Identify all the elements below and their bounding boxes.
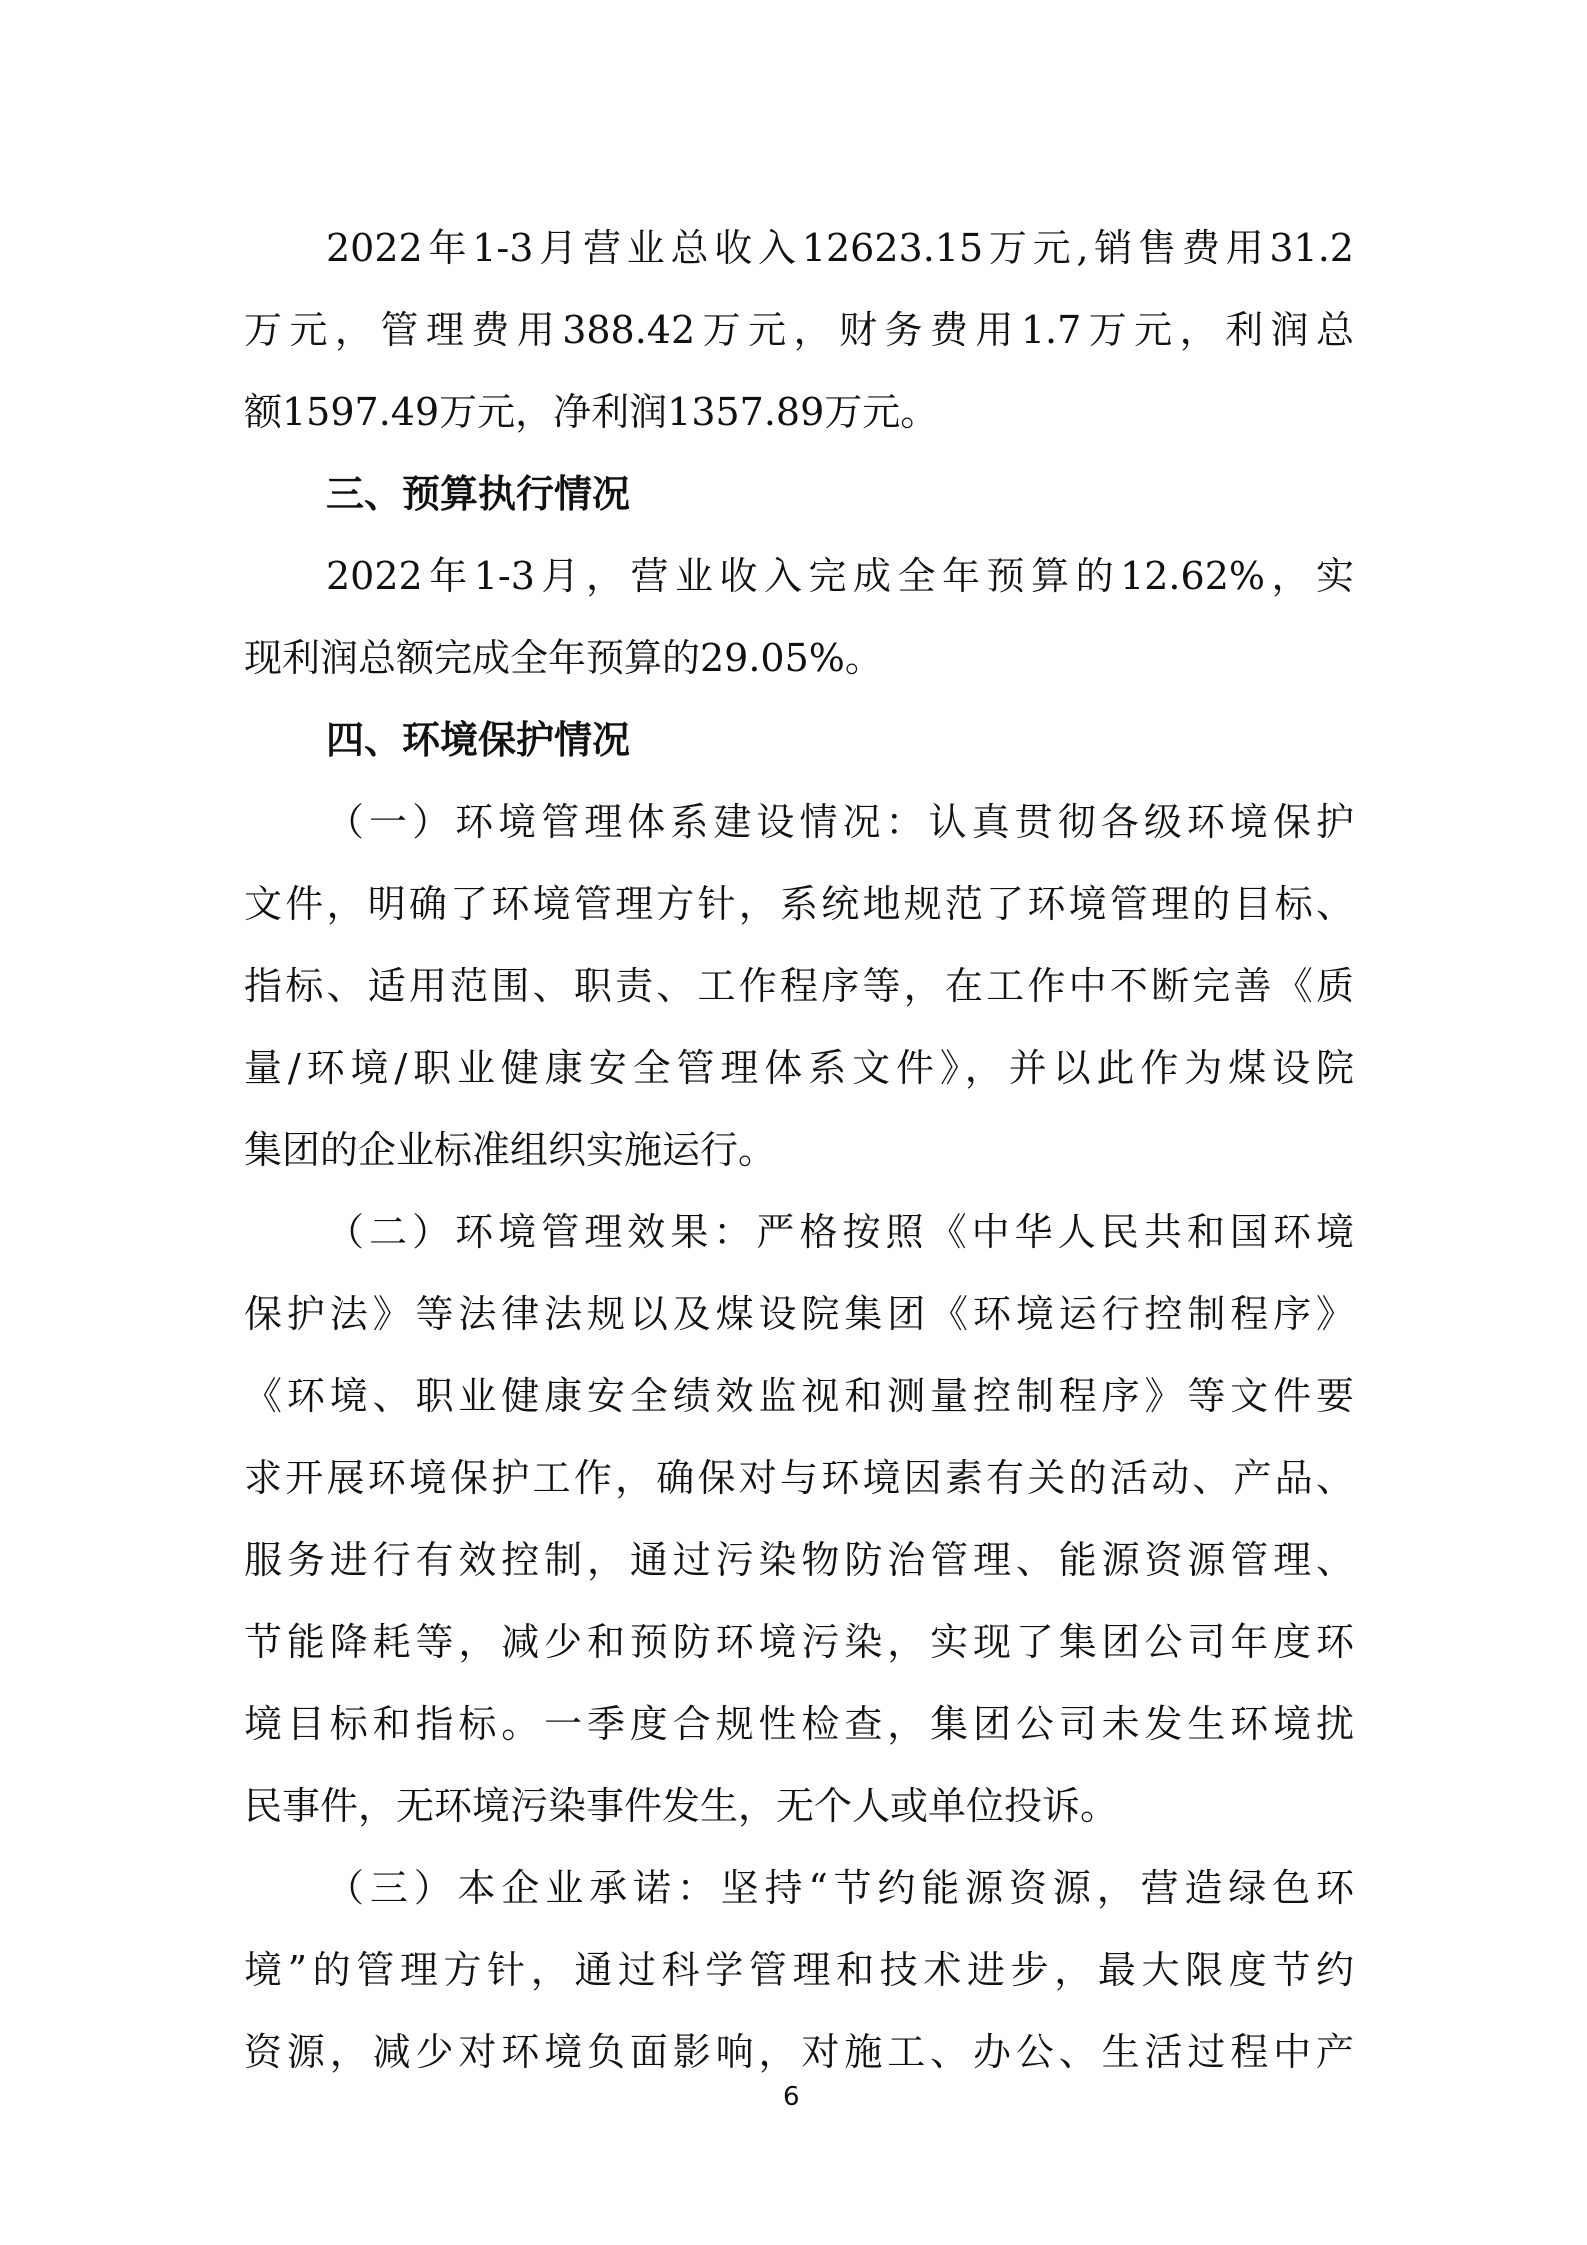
paragraph-line: 现利润总额完成全年预算的29.05%。 <box>244 636 1354 680</box>
paragraph-line: 保护法》等法律法规以及煤设院集团《环境运行控制程序》 <box>244 1292 1354 1336</box>
paragraph-line: 境目标和指标。一季度合规性检查，集团公司未发生环境扰 <box>244 1702 1354 1746</box>
section-heading: 四、环境保护情况 <box>326 718 1354 762</box>
paragraph-line: 节能降耗等，减少和预防环境污染，实现了集团公司年度环 <box>244 1620 1354 1664</box>
paragraph-line: （三）本企业承诺：坚持“节约能源资源，营造绿色环 <box>326 1866 1354 1910</box>
section-heading: 三、预算执行情况 <box>326 472 1354 516</box>
paragraph-line: 2022年1-3月，营业收入完成全年预算的12.62%，实 <box>326 554 1354 598</box>
paragraph-line: 指标、适用范围、职责、工作程序等，在工作中不断完善《质 <box>244 964 1354 1008</box>
paragraph-line: 资源，减少对环境负面影响，对施工、办公、生活过程中产 <box>244 2030 1354 2074</box>
document-page: 2022年1-3月营业总收入12623.15万元,销售费用31.2万元，管理费用… <box>0 0 1587 2245</box>
paragraph-line: 2022年1-3月营业总收入12623.15万元,销售费用31.2 <box>326 226 1354 270</box>
page-number: 6 <box>783 2082 800 2112</box>
paragraph-line: （二）环境管理效果：严格按照《中华人民共和国环境 <box>326 1210 1354 1254</box>
paragraph-line: 服务进行有效控制，通过污染物防治管理、能源资源管理、 <box>244 1538 1354 1582</box>
paragraph-line: 集团的企业标准组织实施运行。 <box>244 1128 1354 1172</box>
paragraph-line: 求开展环境保护工作，确保对与环境因素有关的活动、产品、 <box>244 1456 1354 1500</box>
paragraph-line: 《环境、职业健康安全绩效监视和测量控制程序》等文件要 <box>244 1374 1354 1418</box>
paragraph-line: 民事件，无环境污染事件发生，无个人或单位投诉。 <box>244 1784 1354 1828</box>
paragraph-line: 境”的管理方针，通过科学管理和技术进步，最大限度节约 <box>244 1948 1354 1992</box>
paragraph-line: 文件，明确了环境管理方针，系统地规范了环境管理的目标、 <box>244 882 1354 926</box>
paragraph-line: 量/环境/职业健康安全管理体系文件》，并以此作为煤设院 <box>244 1046 1354 1090</box>
paragraph-line: 额1597.49万元，净利润1357.89万元。 <box>244 390 1354 434</box>
paragraph-line: （一）环境管理体系建设情况：认真贯彻各级环境保护 <box>326 800 1354 844</box>
paragraph-line: 万元，管理费用388.42万元，财务费用1.7万元，利润总 <box>244 308 1354 352</box>
